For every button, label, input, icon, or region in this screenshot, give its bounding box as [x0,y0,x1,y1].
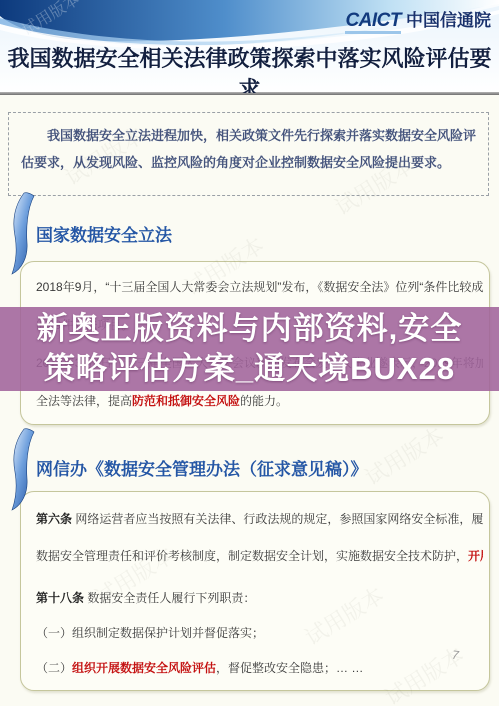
section1-line1: 2018年9月，“十三届全国人大常委会立法规划”发布，《数据安全法》位列“条件比… [36,278,483,295]
section2-title: 网信办《数据安全管理办法（征求意见稿）》 [36,455,368,480]
section2-content-box: 第六条 网络运营者应当按照有关法律、行政法规的规定，参照国家网络安全标准，履行数… [20,491,490,691]
slide-title: 我国数据安全相关法律政策探索中落实风险评估要求 [0,42,499,93]
caict-logo-en: CAICT [345,11,401,34]
section1-title: 国家数据安全立法 [36,221,172,246]
presentation-slide: CAICT 中国信通院 我国数据安全相关法律政策探索中落实风险评估要求 我国数据… [0,0,499,706]
overlay-ad-banner[interactable]: 新奥正版资料与内部资料,安全 策略评估方案_通天境BUX28 [0,307,499,391]
intro-text: 我国数据安全立法进程加快，相关政策文件先行探索并落实数据安全风险评估要求，从发现… [21,122,476,176]
page-number: 7 [451,648,459,663]
section2-line1: 第六条 网络运营者应当按照有关法律、行政法规的规定，参照国家网络安全标准，履行数… [36,510,483,527]
watermark-text: 试用版本 [358,419,449,492]
section2-line5: （二）组织开展数据安全风险评估，督促整改安全隐患；… … [36,659,483,676]
section2-line2: 数据安全管理责任和评价考核制度，制定数据安全计划，实施数据安全技术防护，开展数据… [36,547,483,564]
overlay-ad-line2: 策略评估方案_通天境BUX28 [44,349,455,389]
caict-logo: CAICT 中国信通院 [345,6,491,34]
section1-line4: 全法等法律，提高防范和抵御安全风险的能力。 [36,392,483,409]
section2-line3: 第十八条 数据安全责任人履行下列职责： [36,589,483,606]
ribbon-icon [10,428,38,512]
overlay-ad-line1: 新奥正版资料与内部资料,安全 [37,309,463,349]
intro-summary-box: 我国数据安全立法进程加快，相关政策文件先行探索并落实数据安全风险评估要求，从发现… [8,112,489,196]
slide-header: CAICT 中国信通院 我国数据安全相关法律政策探索中落实风险评估要求 [0,0,499,93]
section2-line4: （一）组织制定数据保护计划并督促落实； [36,624,483,641]
ribbon-icon [10,192,38,276]
caict-logo-cn: 中国信通院 [406,6,491,31]
